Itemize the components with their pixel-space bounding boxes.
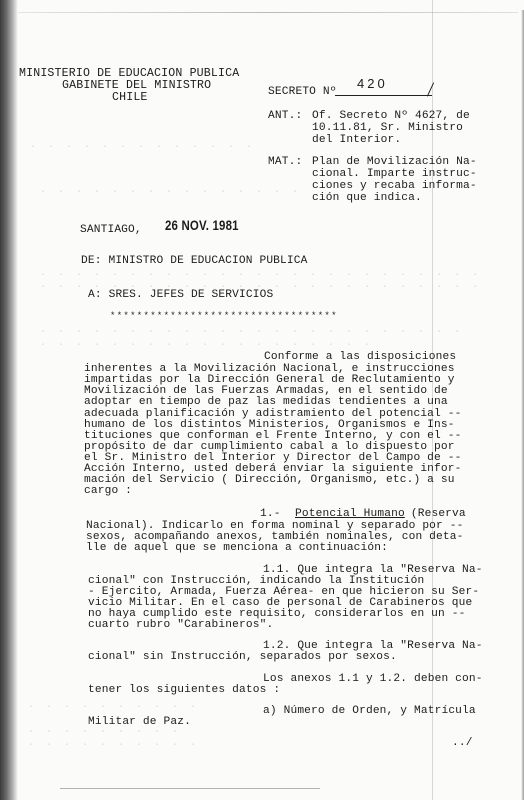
mat-line: Plan de Movilización Na-	[312, 157, 477, 168]
org-cabinet-name: GABINETE DEL MINISTRO	[62, 80, 211, 91]
section-number: 1.-	[260, 509, 281, 520]
continuation-mark: ../	[452, 738, 473, 749]
org-ministry-name: MINISTERIO DE EDUCACION PUBLICA	[19, 68, 239, 79]
org-country: CHILE	[112, 92, 148, 103]
bleed-through-text: . . . . . . . . . .	[28, 738, 196, 749]
body-intro-line: cargo :	[84, 486, 132, 497]
item-a-line: Militar de Paz.	[88, 717, 191, 728]
secreto-number: 420	[357, 78, 388, 89]
from-line: DE: MINISTRO DE EDUCACION PUBLICA	[81, 256, 308, 267]
bleed-through-text: . . . . . . . . . . . . . . . . . . . . …	[40, 268, 478, 279]
item-1-1-line: cuarto rubro "Carabineros".	[88, 620, 273, 631]
body-intro-line: mación del Servicio ( Dirección, Organis…	[84, 475, 455, 486]
place-label: SANTIAGO,	[80, 225, 142, 236]
ant-line: del Interior.	[312, 135, 401, 146]
scan-left-edge-shadow	[0, 0, 18, 800]
bleed-through-text: . . . . . . . . . . . . . . . . . . .	[40, 338, 370, 349]
bleed-through-text: . . . . . . . . . . . . . . . . . . . . …	[40, 325, 460, 336]
bleed-through-text: . . . . . . . . . . . . .	[30, 140, 252, 151]
separator-line: **********************************	[110, 311, 338, 322]
date-stamp: 26 NOV. 1981	[165, 220, 239, 231]
item-1-2-line: cional" sin Instrucción, separados por s…	[88, 652, 397, 663]
secreto-number-underline	[335, 95, 432, 96]
section-title-rest: (Reserva	[404, 509, 466, 520]
mat-label: MAT.:	[268, 157, 302, 168]
body-intro-line: adoptar en tiempo de paz las medidas ten…	[84, 397, 448, 408]
mat-line: ciones y recaba informa-	[312, 181, 477, 192]
mat-line: ción que indica.	[312, 193, 422, 204]
scan-bottom-edge	[60, 788, 320, 789]
section-line: lle de aquel que se menciona a continuac…	[86, 543, 388, 554]
ant-line: Of. Secreto Nº 4627, de	[312, 111, 470, 122]
body-intro-line: Conforme a las disposiciones	[264, 352, 456, 363]
mat-line: cional. Imparte instruc-	[312, 169, 477, 180]
annex-note-first-line: Los anexos 1.1 y 1.2. deben con-	[263, 674, 483, 685]
section-title: Potencial Humano	[295, 509, 405, 520]
ant-label: ANT.:	[268, 111, 302, 122]
annex-note-line: tener los siguientes datos :	[88, 685, 280, 696]
ant-line: 10.11.81, Sr. Ministro	[312, 123, 463, 134]
item-a-first-line: a) Número de Orden, y Matrícula	[263, 706, 476, 717]
bleed-through-text: . . . . . . . . . .	[28, 700, 196, 711]
secreto-label: SECRETO Nº	[268, 87, 337, 98]
to-line: A: SRES. JEFES DE SERVICIOS	[88, 290, 273, 301]
bleed-through-text: . . . . . . . . . . . . . . .	[40, 185, 298, 196]
scan-top-edge	[18, 12, 518, 13]
